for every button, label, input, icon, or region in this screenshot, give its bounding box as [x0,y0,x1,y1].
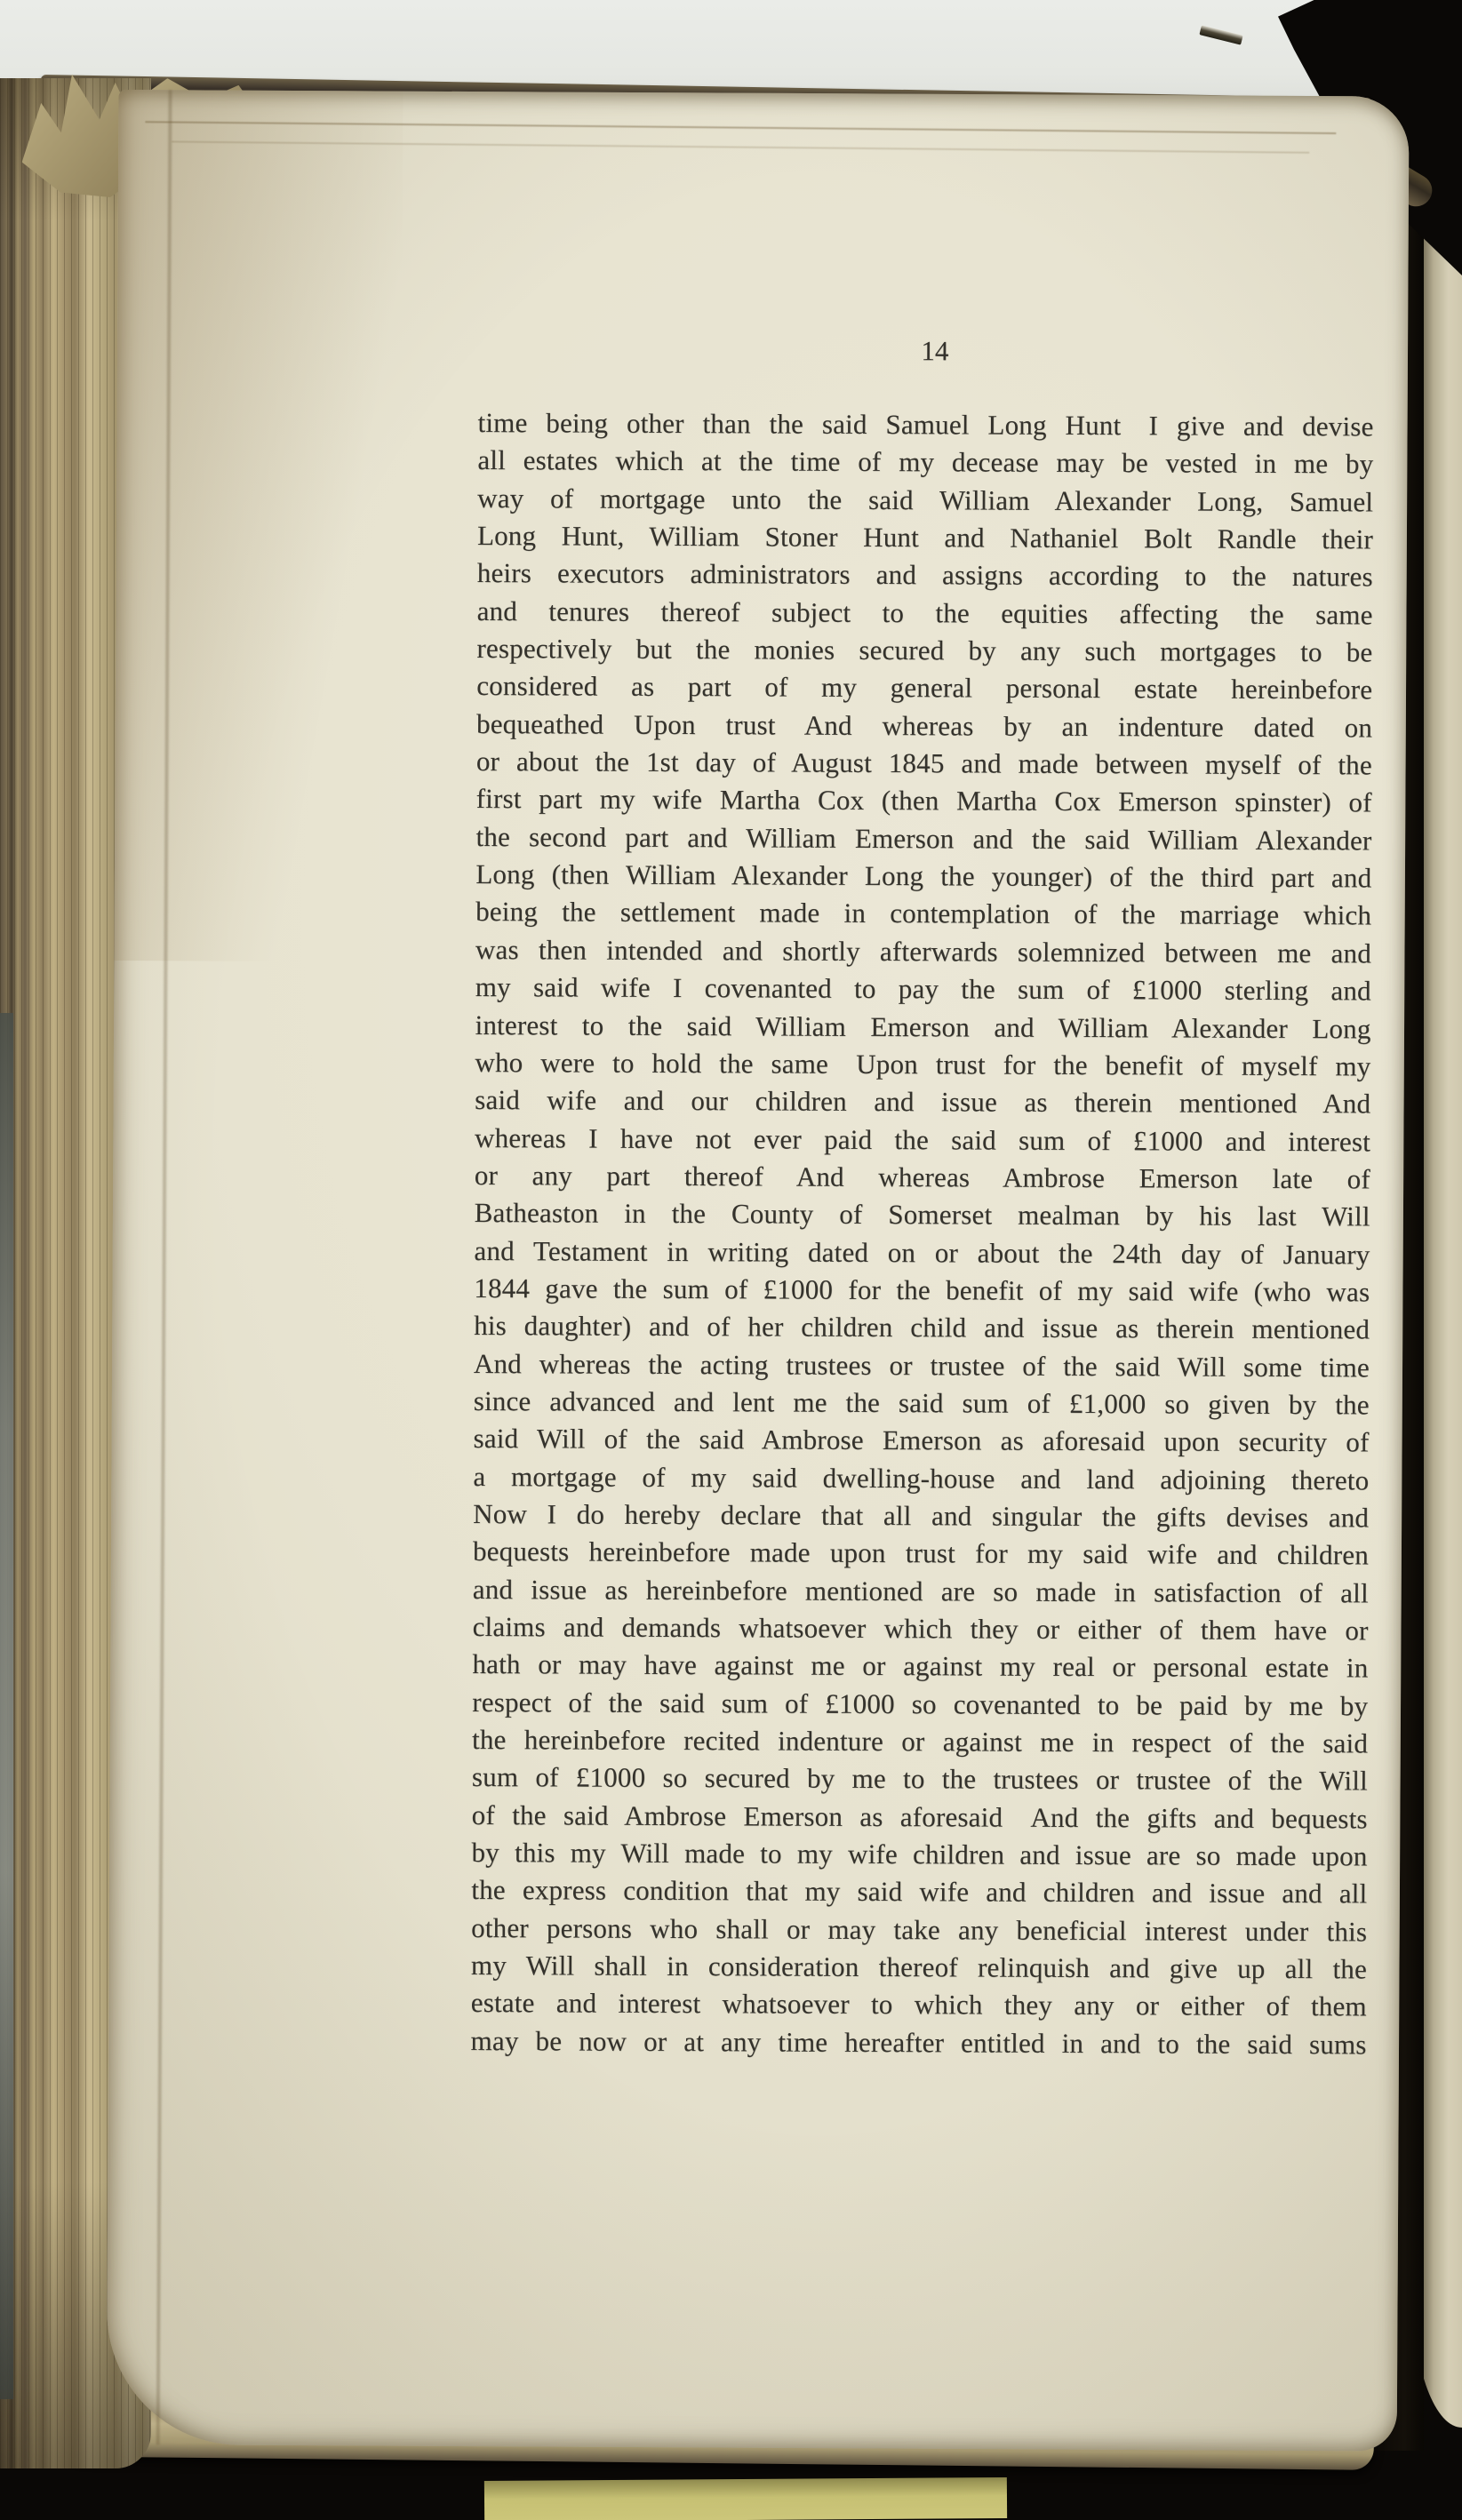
text-line: interest to the said William Emerson and… [475,1006,1370,1048]
text-line: sum of £1000 so secured by me to the tru… [472,1758,1368,1800]
text-line: time being other than the said Samuel Lo… [477,404,1373,446]
text-line: and tenures thereof subject to the equit… [477,593,1373,634]
text-line: Now I do hereby declare that all and sin… [473,1495,1369,1537]
text-line: said Will of the said Ambrose Emerson as… [473,1420,1369,1462]
text-line: respect of the said sum of £1000 so cove… [472,1684,1368,1726]
text-line: my said wife I covenanted to pay the sum… [475,969,1371,1010]
text-line: or about the 1st day of August 1845 and … [476,743,1372,785]
text-column: time being other than the said Samuel Lo… [471,404,1374,2064]
text-line: Long Hunt, William Stoner Hunt and Natha… [477,517,1373,559]
text-line: bequeathed Upon trust And whereas by an … [476,706,1372,747]
text-line: hath or may have against me or against m… [472,1646,1368,1687]
text-line: claims and demands whatsoever which they… [473,1608,1369,1650]
text-line: all estates which at the time of my dece… [477,442,1373,483]
text-line: 1844 gave the sum of £1000 for the benef… [474,1270,1370,1312]
text-line: heirs executors administrators and assig… [477,554,1373,596]
text-line: And whereas the acting trustees or trust… [474,1345,1370,1387]
text-line: said wife and our children and issue as … [475,1081,1370,1123]
text-line: of the said Ambrose Emerson as aforesaid… [472,1797,1368,1838]
printed-text-area: 14 time being other than the said Samuel… [471,331,1374,2064]
text-line: Long (then William Alexander Long the yo… [475,856,1371,897]
text-line: his daughter) and of her children child … [474,1307,1370,1349]
page-number: 14 [487,331,1383,371]
text-line: bequests hereinbefore made upon trust fo… [473,1533,1369,1575]
left-binding-cloth-strip [0,1013,13,2399]
text-line: and Testament in writing dated on or abo… [474,1232,1370,1274]
text-line: estate and interest whatsoever to which … [471,1984,1367,2026]
text-line: by this my Will made to my wife children… [471,1834,1367,1876]
scanned-book-page-photo: 14 time being other than the said Samuel… [0,0,1462,2520]
text-line: the express condition that my said wife … [471,1871,1367,1913]
text-line: may be now or at any time hereafter enti… [471,2022,1367,2064]
text-line: whereas I have not ever paid the said su… [475,1120,1370,1161]
text-line: first part my wife Martha Cox (then Mart… [476,780,1372,822]
text-line: or any part thereof And whereas Ambrose … [475,1157,1370,1199]
text-line: who were to hold the same Upon trust for… [475,1044,1370,1086]
text-line: the hereinbefore recited indenture or ag… [472,1721,1368,1763]
text-line: considered as part of my general persona… [476,667,1372,709]
text-line: and issue as hereinbefore mentioned are … [473,1571,1369,1613]
text-line: way of mortgage unto the said William Al… [477,480,1373,522]
text-line: was then intended and shortly afterwards… [475,931,1371,973]
text-line: respectively but the monies secured by a… [476,630,1372,672]
text-line: a mortgage of my said dwelling-house and… [473,1458,1369,1500]
text-line: my Will shall in consideration thereof r… [471,1947,1367,1989]
text-line: other persons who shall or may take any … [471,1910,1367,1951]
text-line: being the settlement made in contemplati… [475,893,1371,935]
text-line: the second part and William Emerson and … [475,818,1371,860]
yellow-insert-sheet [484,2477,1007,2520]
text-line: Batheaston in the County of Somerset mea… [475,1194,1370,1236]
text-line: since advanced and lent me the said sum … [474,1383,1370,1424]
